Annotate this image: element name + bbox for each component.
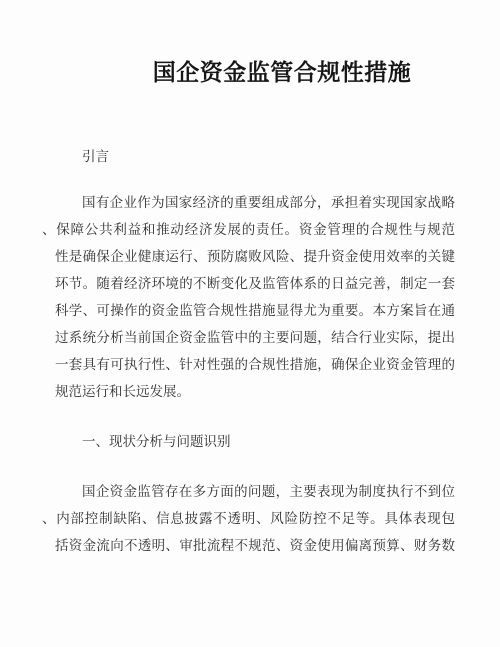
paragraph-line: 科学、可操作的资金监管合规性措施显得尤为重要。本方案旨在通 — [55, 297, 455, 324]
paragraph-line: 环节。随着经济环境的不断变化及监管体系的日益完善，制定一套 — [55, 270, 455, 297]
paragraph-line: 、内部控制缺陷、信息披露不透明、风险防控不足等。具体表现包 — [42, 505, 455, 532]
paragraph-line: 、保障公共利益和推动经济发展的责任。资金管理的合规性与规范 — [42, 216, 455, 243]
intro-paragraph: 国有企业作为国家经济的重要组成部分，承担着实现国家战略 、保障公共利益和推动经济… — [55, 189, 455, 405]
section1-paragraph: 国企资金监管存在多方面的问题，主要表现为制度执行不到位 、内部控制缺陷、信息披露… — [55, 478, 455, 559]
paragraph-line: 国有企业作为国家经济的重要组成部分，承担着实现国家战略 — [55, 189, 455, 216]
paragraph-line: 性是确保企业健康运行、预防腐败风险、提升资金使用效率的关键 — [55, 243, 455, 270]
paragraph-line: 规范运行和长远发展。 — [55, 378, 455, 405]
document-page: 国企资金监管合规性措施 引言 国有企业作为国家经济的重要组成部分，承担着实现国家… — [0, 0, 500, 647]
section1-heading: 一、现状分析与问题识别 — [55, 428, 455, 455]
intro-heading: 引言 — [55, 143, 455, 170]
paragraph-line: 国企资金监管存在多方面的问题，主要表现为制度执行不到位 — [55, 478, 455, 505]
paragraph-line: 括资金流向不透明、审批流程不规范、资金使用偏离预算、财务数 — [55, 532, 455, 559]
paragraph-line: 一套具有可执行性、针对性强的合规性措施，确保企业资金管理的 — [55, 351, 455, 378]
paragraph-line: 过系统分析当前国企资金监管中的主要问题，结合行业实际，提出 — [55, 324, 455, 351]
document-title: 国企资金监管合规性措施 — [55, 56, 455, 88]
